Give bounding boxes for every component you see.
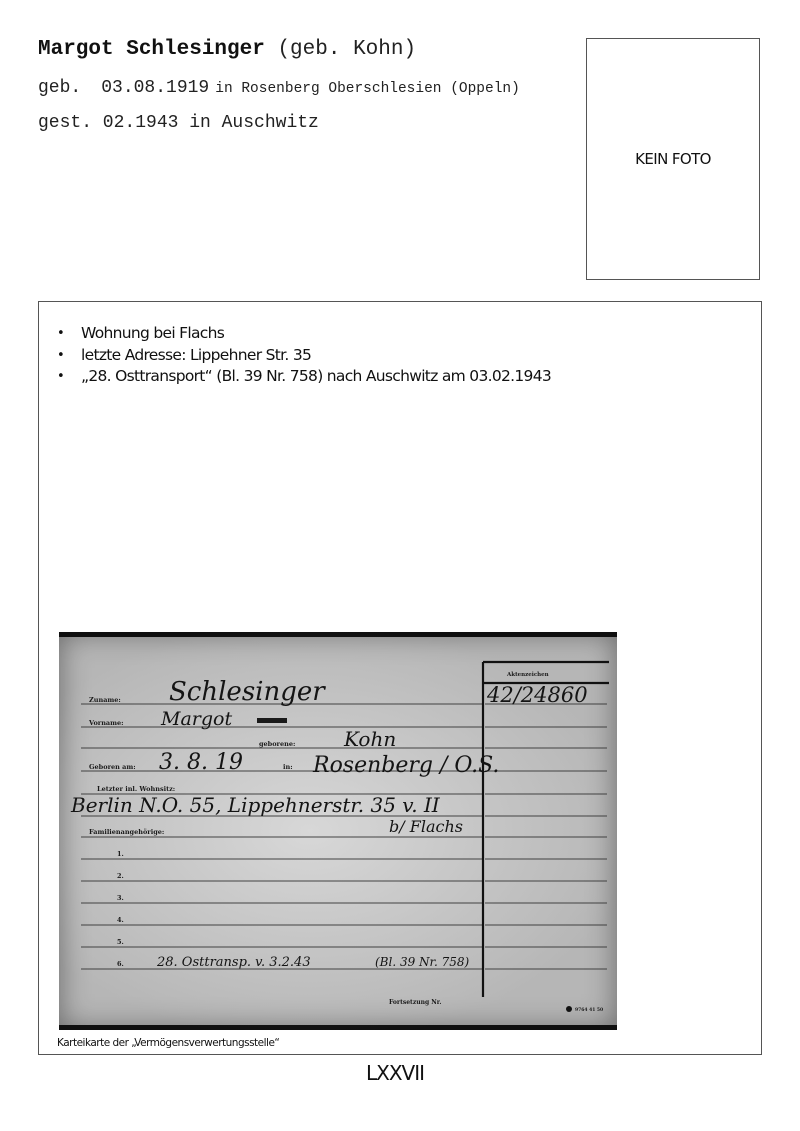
row-label: 2.: [117, 872, 124, 880]
birth-date: 03.08.1919: [101, 78, 209, 98]
fact-item: „28. Osttransport“ (Bl. 39 Nr. 758) nach…: [57, 366, 551, 388]
image-caption: Karteikarte der „Vermögensverwertungsste…: [57, 1037, 279, 1049]
born-in-label: in:: [283, 763, 293, 771]
photo-placeholder-text: KEIN FOTO: [635, 150, 711, 168]
register-header-label: Aktenzeichen: [506, 672, 549, 678]
born-on-label: Geboren am:: [89, 763, 136, 771]
birth-line: geb.03.08.1919in Rosenberg Oberschlesien…: [38, 78, 520, 98]
hand-born-in: Rosenberg / O.S.: [312, 753, 499, 778]
hand-address-line2: b/ Flachs: [389, 817, 463, 836]
fact-item: letzte Adresse: Lippehner Str. 35: [57, 345, 551, 367]
born-as-label: geborene:: [259, 740, 295, 748]
row-label: 3.: [117, 894, 124, 902]
index-card-image: Aktenzeichen Zuname: Vorname: geborene: …: [59, 632, 617, 1030]
hand-born-on: 3. 8. 19: [159, 750, 243, 775]
birth-place: in Rosenberg Oberschlesien (Oppeln): [215, 81, 520, 97]
page-number: LXXVII: [0, 1061, 790, 1085]
details-panel: Wohnung bei Flachs letzte Adresse: Lippe…: [38, 301, 762, 1055]
continuation-label: Fortsetzung Nr.: [389, 999, 441, 1006]
photo-placeholder: KEIN FOTO: [586, 38, 760, 280]
row-label: 1.: [117, 850, 124, 858]
hand-row6-ref: (Bl. 39 Nr. 758): [375, 955, 470, 969]
hand-address-line1: Berlin N.O. 55, Lippehnerstr. 35 v. II: [70, 793, 441, 817]
surname-label: Zuname:: [89, 696, 121, 704]
row-label: 4.: [117, 916, 124, 924]
fact-item: Wohnung bei Flachs: [57, 323, 551, 345]
hand-file-number: 42/24860: [486, 683, 588, 707]
hand-surname: Schlesinger: [169, 677, 326, 707]
punch-dot-icon: [566, 1006, 572, 1012]
family-members-label: Familienangehörige:: [89, 828, 164, 836]
index-card-drawing: Aktenzeichen Zuname: Vorname: geborene: …: [59, 632, 617, 1030]
last-residence-label: Letzter inl. Wohnsitz:: [97, 785, 175, 793]
row-label: 6.: [117, 960, 124, 968]
row-label: 5.: [117, 938, 124, 946]
redaction-mark: [257, 718, 287, 723]
maiden-name: (geb. Kohn): [277, 38, 416, 61]
form-number: 9764 41 50: [575, 1007, 603, 1013]
birth-label: geb.: [38, 78, 81, 98]
hand-first-name: Margot: [160, 708, 232, 730]
person-name-line: Margot Schlesinger (geb. Kohn): [38, 38, 416, 61]
death-line: gest. 02.1943 in Auschwitz: [38, 113, 319, 133]
first-name-label: Vorname:: [88, 719, 124, 727]
hand-born-as: Kohn: [343, 727, 396, 751]
facts-list: Wohnung bei Flachs letzte Adresse: Lippe…: [57, 323, 551, 388]
hand-row6: 28. Osttransp. v. 3.2.43: [156, 955, 311, 970]
person-name: Margot Schlesinger: [38, 38, 265, 61]
